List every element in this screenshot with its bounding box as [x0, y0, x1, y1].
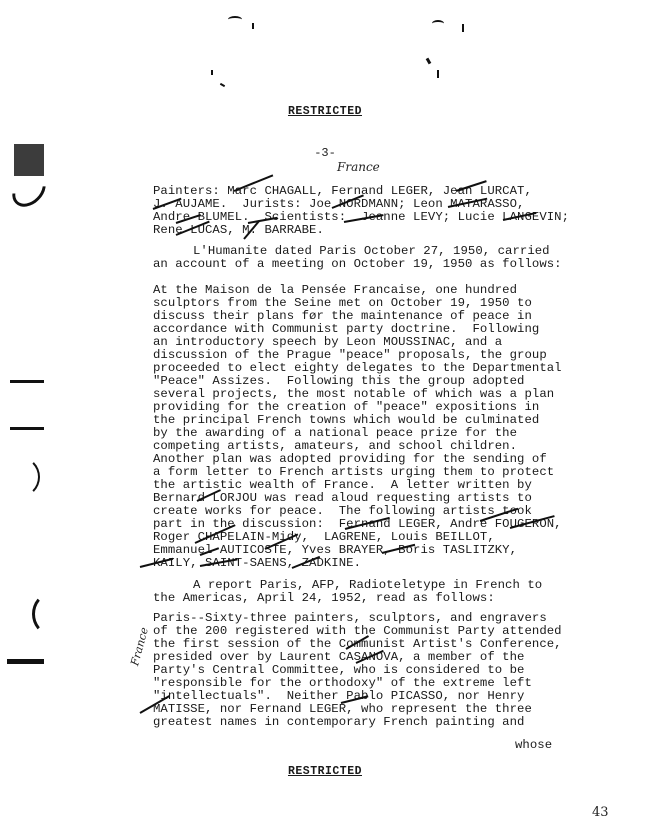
scan-mark-dot: [211, 70, 213, 75]
handwritten-margin-note: France: [128, 626, 151, 667]
scan-mark-dot: [220, 83, 225, 87]
scan-mark-top-left: [228, 16, 242, 23]
text-line: an account of a meeting on October 19, 1…: [153, 258, 562, 271]
scan-mark-dot: [252, 23, 254, 29]
classification-footer: RESTRICTED: [0, 765, 650, 778]
catchword: whose: [515, 739, 552, 752]
scan-mark-dot: [437, 70, 439, 78]
margin-rule: [10, 427, 44, 430]
margin-arc-right: [0, 456, 40, 498]
margin-binding-arc: [6, 167, 53, 214]
margin-arc-left: [32, 593, 68, 635]
handwritten-page-number: 43: [592, 805, 609, 820]
scan-mark-top-right: [432, 20, 444, 27]
classification-header: RESTRICTED: [0, 105, 650, 118]
text-line: greatest names in contemporary French pa…: [153, 716, 524, 729]
text-line: Rene LUCAS, M. BARRABE.: [153, 224, 324, 237]
margin-rule: [10, 380, 44, 383]
scan-mark-dot: [426, 58, 432, 65]
margin-rule: [7, 659, 44, 664]
text-line: the Americas, April 24, 1952, read as fo…: [153, 592, 495, 605]
handwritten-heading: France: [337, 160, 380, 174]
document-page: RESTRICTED -3- France Painters: Marc CHA…: [0, 0, 650, 837]
text-line: KAILY, SAINT-SAENS, ZADKINE.: [153, 557, 361, 570]
page-number: -3-: [0, 146, 650, 160]
scan-mark-dot: [462, 24, 464, 32]
